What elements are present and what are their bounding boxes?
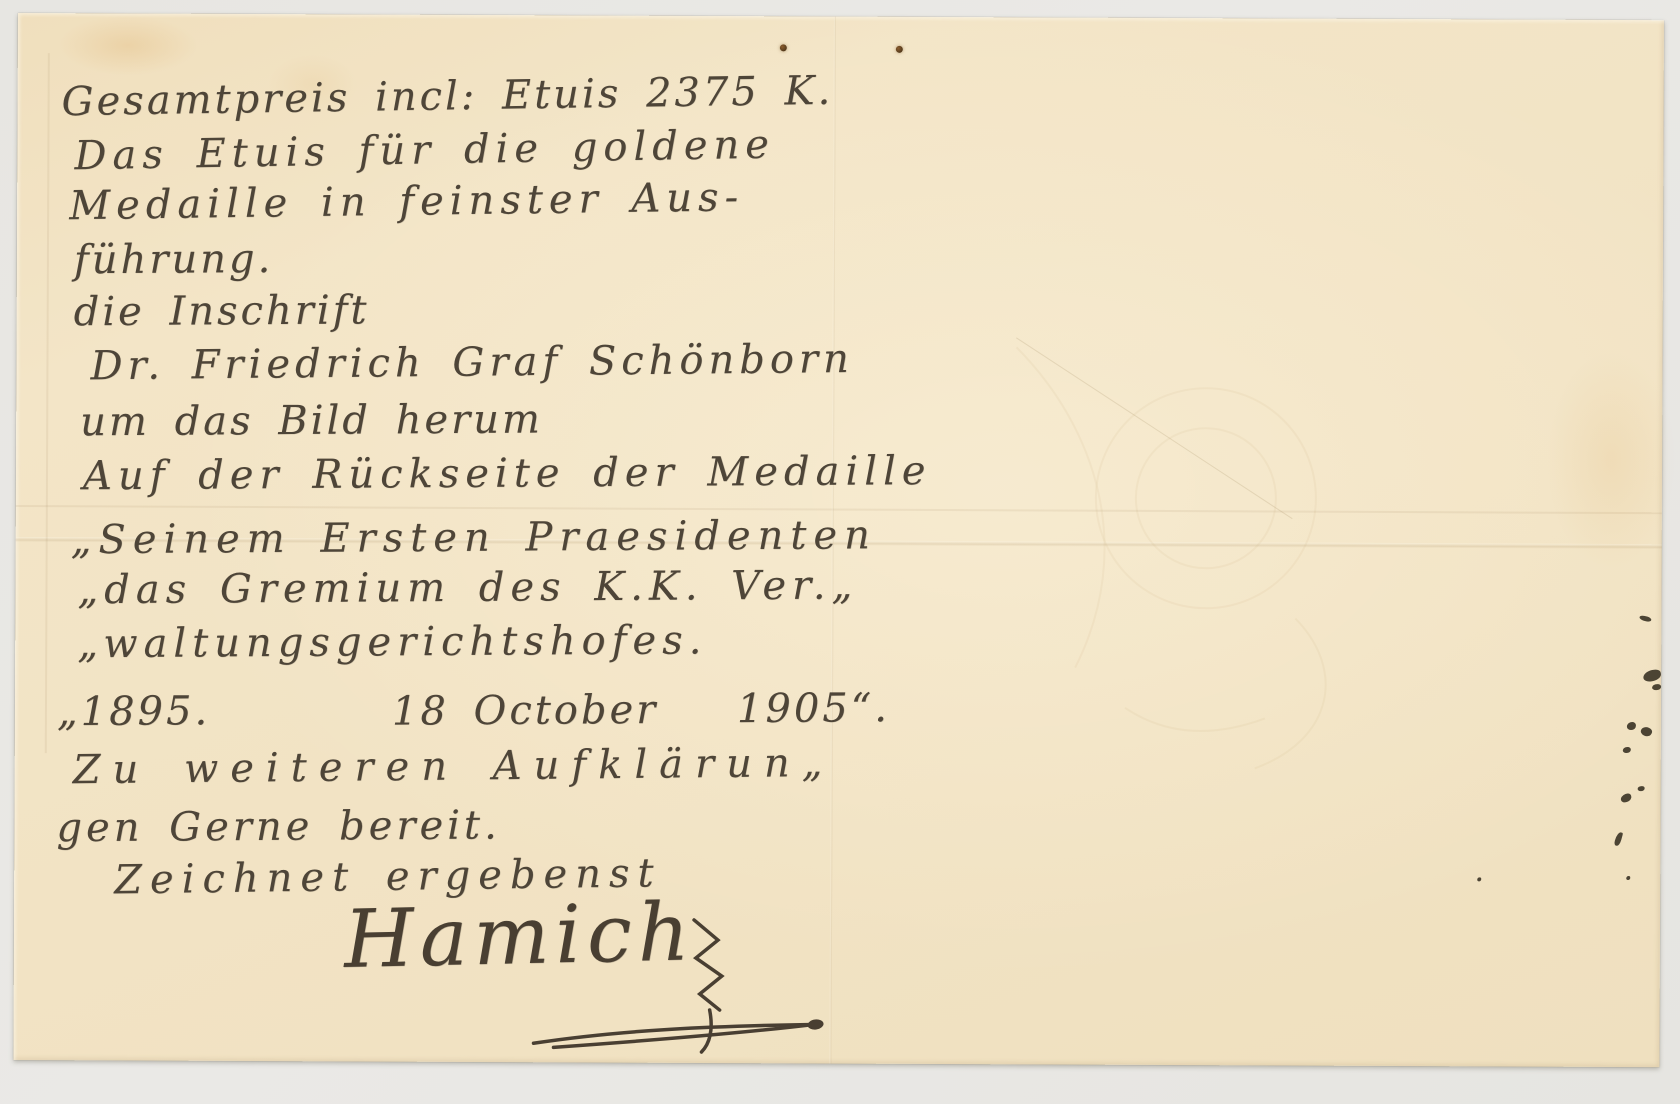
ink-stain <box>1652 684 1661 690</box>
diagonal-crease <box>1016 337 1293 519</box>
handwritten-line: „das Gremium des K.K. Ver.„ <box>77 562 858 613</box>
pinhole <box>896 46 903 53</box>
pinhole <box>780 44 787 51</box>
signature-flourish <box>513 911 844 1062</box>
ink-stain <box>1477 877 1481 881</box>
handwritten-line: „Seinem Ersten Praesidenten <box>71 512 877 563</box>
handwritten-line: Gesamtpreis incl: Etuis 2375 K. <box>61 68 833 125</box>
letter-paper: Gesamtpreis incl: Etuis 2375 K. Das Etui… <box>13 13 1664 1067</box>
photo-backdrop: Gesamtpreis incl: Etuis 2375 K. Das Etui… <box>0 0 1680 1104</box>
handwritten-line: die Inschrift <box>74 287 370 335</box>
ink-stain <box>1638 786 1645 791</box>
ink-stain <box>1614 831 1623 846</box>
verso-showthrough-ornament <box>875 287 1477 810</box>
handwritten-line: Dr. Friedrich Graf Schönborn <box>90 336 854 389</box>
ink-stain <box>1626 876 1630 880</box>
ink-stain <box>1642 668 1662 682</box>
handwritten-line: um das Bild herum <box>80 396 543 445</box>
handwritten-line: Medaille in feinster Aus- <box>69 174 744 229</box>
ink-stain <box>1623 747 1631 753</box>
handwritten-line: gen Gerne bereit. <box>56 802 501 851</box>
handwritten-line: führung. <box>74 236 274 283</box>
ink-stain <box>1639 614 1652 623</box>
handwritten-line: Auf der Rückseite der Medaille <box>83 448 932 499</box>
handwritten-line: Das Etuis für die goldene <box>74 122 775 180</box>
ink-stain <box>1627 722 1636 730</box>
ink-stain <box>1639 725 1653 738</box>
handwritten-line: Zu weiteren Aufklärun„ <box>72 740 834 793</box>
handwritten-line: „waltungsgerichtshofes. <box>77 617 707 667</box>
ink-stain <box>1620 792 1633 803</box>
handwritten-date-year-left: „1895. <box>57 688 211 735</box>
handwritten-date-year-right: 1905“. <box>737 685 890 732</box>
paper-stain <box>58 15 198 76</box>
paper-stain <box>1546 350 1677 571</box>
vertical-fold-crease <box>45 53 50 753</box>
handwritten-date-day-month: 18 October <box>392 687 659 735</box>
